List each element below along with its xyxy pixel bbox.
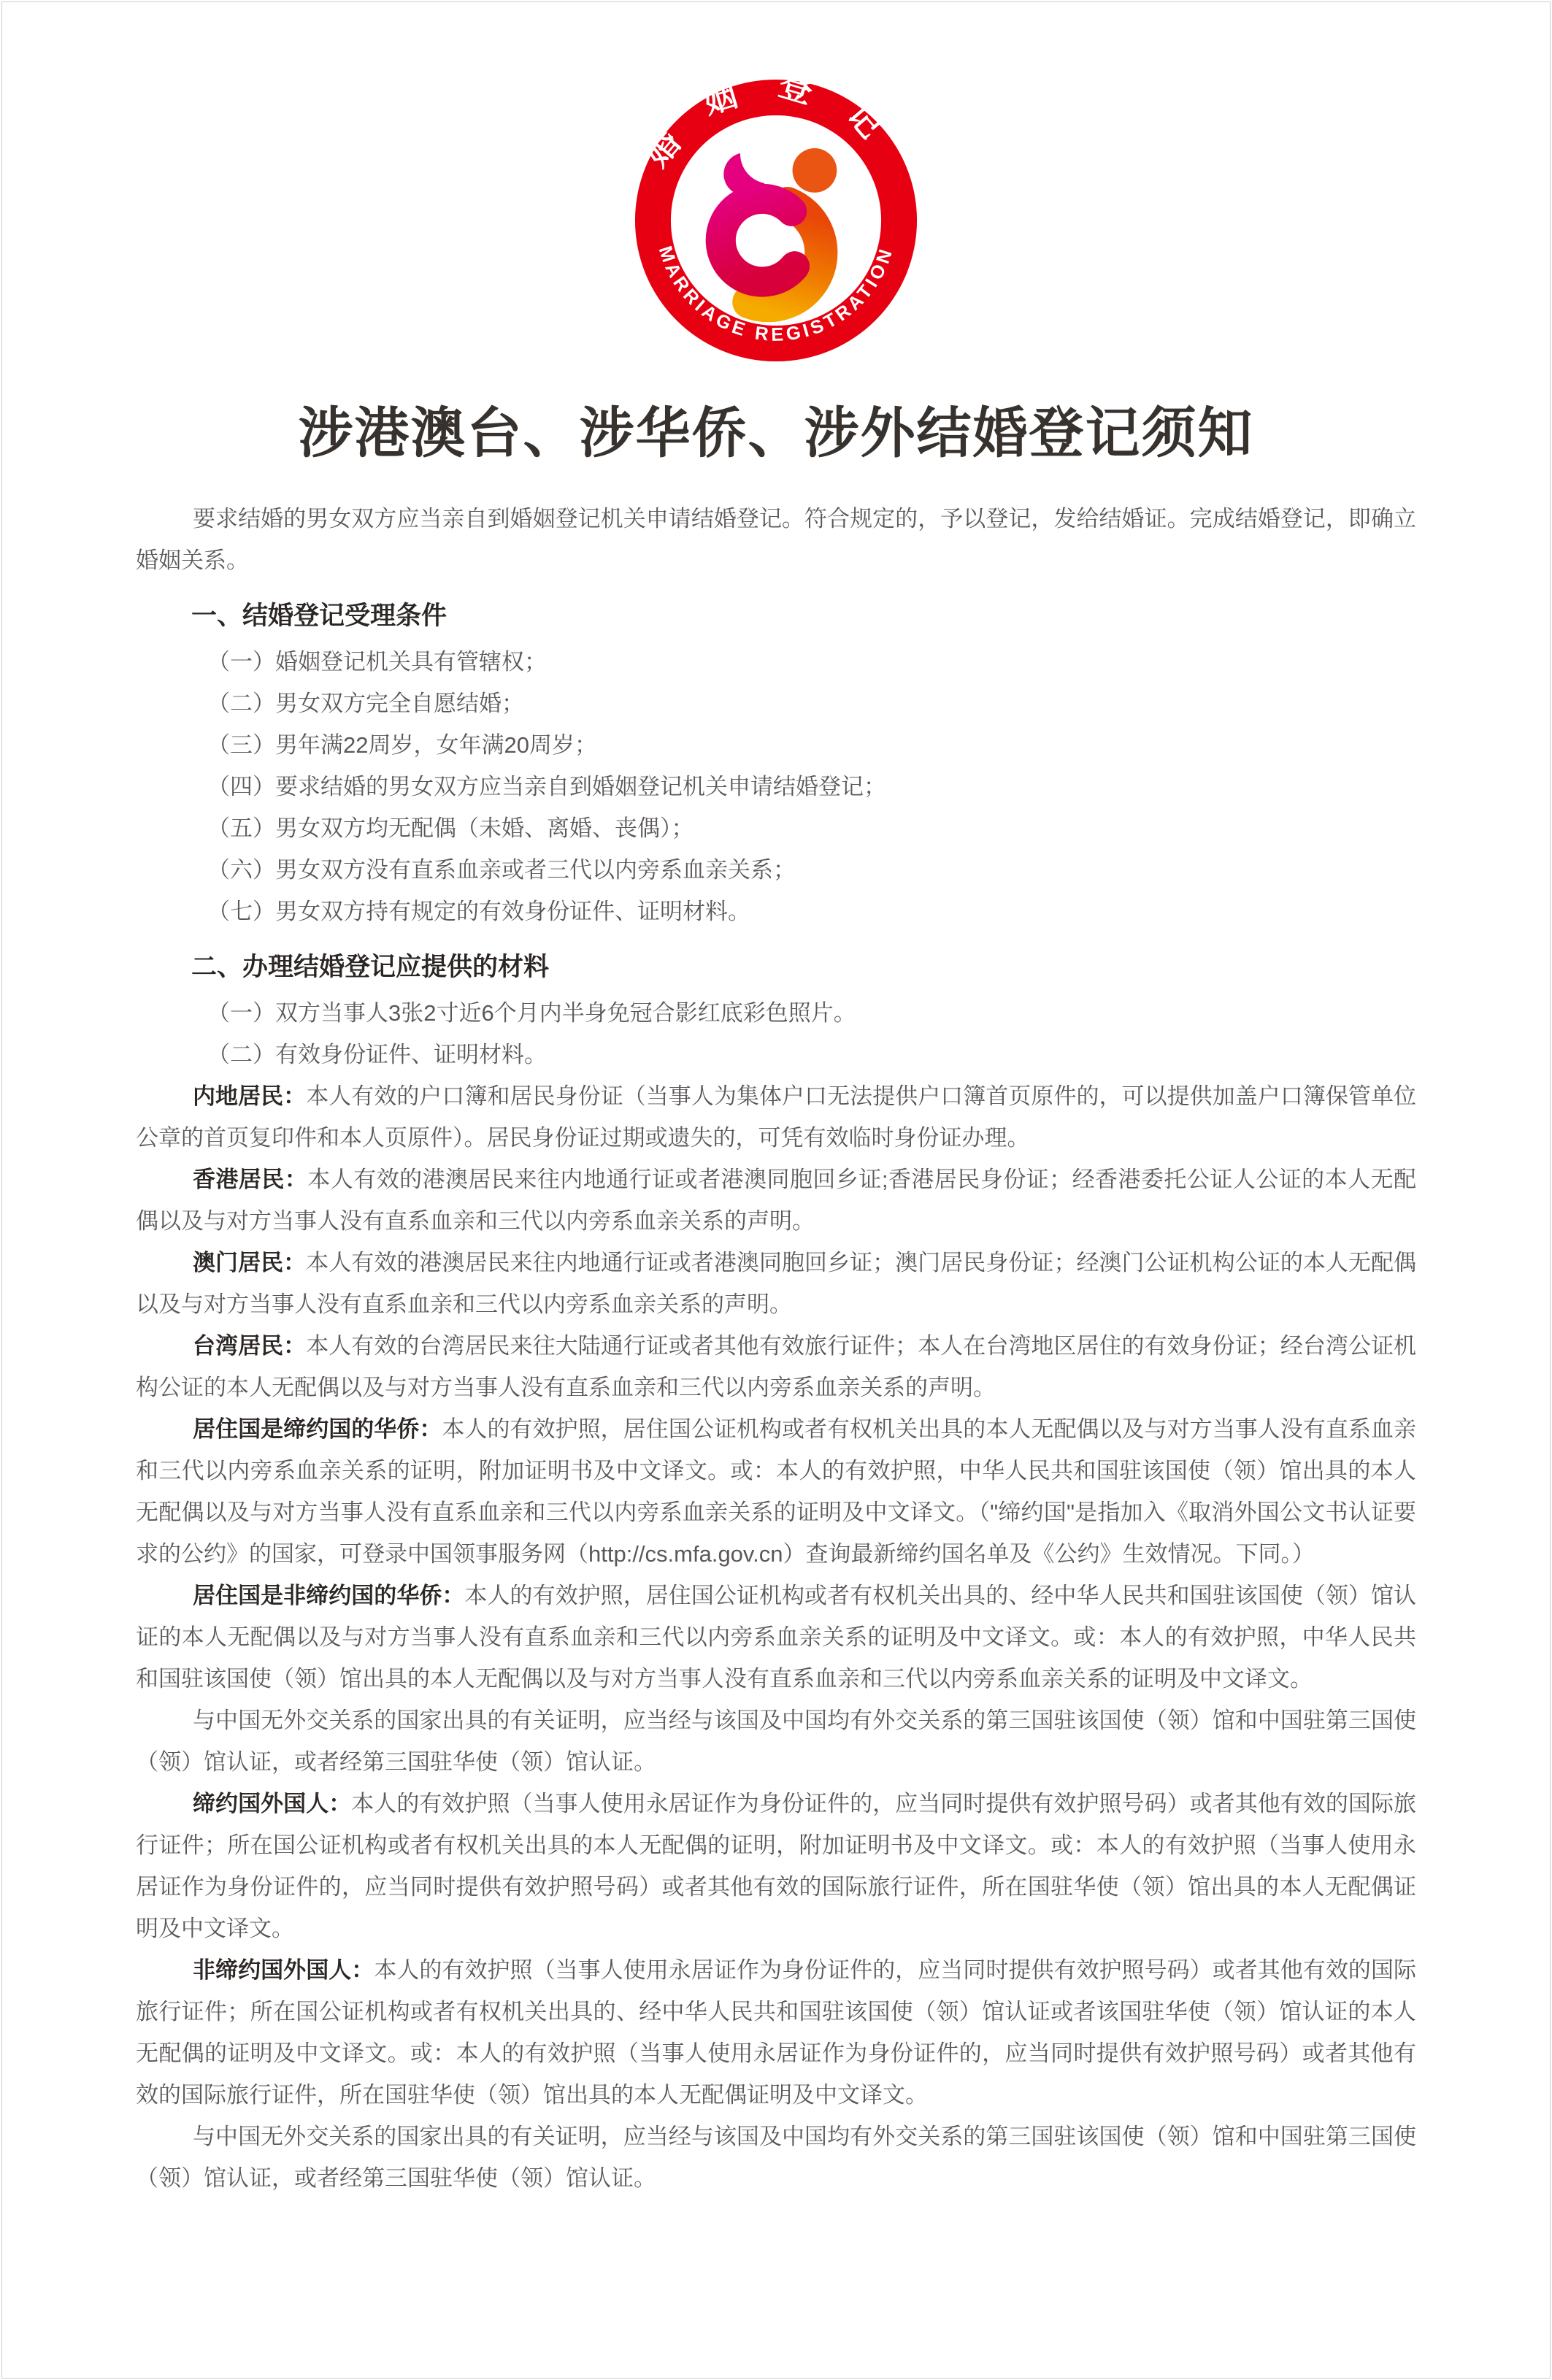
paragraph-text: 与中国无外交关系的国家出具的有关证明，应当经与该国及中国均有外交关系的第三国驻该… [136,2124,1416,2191]
list-item: （二）男女双方完全自愿结婚； [207,683,1416,724]
paragraph-text: 本人有效的港澳居民来往内地通行证或者港澳同胞回乡证;香港居民身份证；经香港委托公… [136,1167,1416,1234]
marriage-registration-logo: 婚姻登记 MARRIAGE REGISTRATION [633,77,919,364]
section-2-heading: 二、办理结婚登记应提供的材料 [136,945,1416,989]
page-title: 涉港澳台、涉华侨、涉外结婚登记须知 [0,393,1552,473]
paragraph-label: 内地居民： [193,1083,306,1109]
paragraph-no-diplomatic-relations-1: 与中国无外交关系的国家出具的有关证明，应当经与该国及中国均有外交关系的第三国驻该… [136,1700,1416,1783]
paragraph-foreigners-noncontracting: 非缔约国外国人：本人的有效护照（当事人使用永居证作为身份证件的，应当同时提供有效… [136,1949,1416,2116]
marriage-registration-emblem-icon: 婚姻登记 MARRIAGE REGISTRATION [633,77,919,364]
intro-paragraph: 要求结婚的男女双方应当亲自到婚姻登记机关申请结婚登记。符合规定的，予以登记，发给… [136,498,1416,581]
paragraph-text: 本人有效的港澳居民来往内地通行证或者港澳同胞回乡证；澳门居民身份证；经澳门公证机… [136,1250,1416,1317]
paragraph-label: 澳门居民： [193,1250,306,1275]
list-item: （二）有效身份证件、证明材料。 [207,1034,1416,1075]
paragraph-overseas-chinese-noncontracting: 居住国是非缔约国的华侨：本人的有效护照，居住国公证机构或者有权机关出具的、经中华… [136,1575,1416,1700]
list-item: （一）婚姻登记机关具有管辖权； [207,641,1416,683]
paragraph-overseas-chinese-contracting: 居住国是缔约国的华侨：本人的有效护照，居住国公证机构或者有权机关出具的本人无配偶… [136,1408,1416,1575]
paragraph-text: 本人有效的户口簿和居民身份证（当事人为集体户口无法提供户口簿首页原件的，可以提供… [136,1083,1416,1151]
paragraph-mainland-residents: 内地居民：本人有效的户口簿和居民身份证（当事人为集体户口无法提供户口簿首页原件的… [136,1075,1416,1159]
section-1-items: （一）婚姻登记机关具有管辖权； （二）男女双方完全自愿结婚； （三）男年满22周… [136,641,1416,932]
paragraph-taiwan-residents: 台湾居民：本人有效的台湾居民来往大陆通行证或者其他有效旅行证件；本人在台湾地区居… [136,1325,1416,1408]
list-item: （一）双方当事人3张2寸近6个月内半身免冠合影红底彩色照片。 [207,992,1416,1034]
list-item: （三）男年满22周岁，女年满20周岁； [207,724,1416,766]
list-item: （六）男女双方没有直系血亲或者三代以内旁系血亲关系； [207,849,1416,891]
paragraph-macao-residents: 澳门居民：本人有效的港澳居民来往内地通行证或者港澳同胞回乡证；澳门居民身份证；经… [136,1242,1416,1325]
paragraph-label: 台湾居民： [193,1333,306,1359]
paragraph-label: 非缔约国外国人： [193,1957,374,1983]
paragraph-text: 本人有效的台湾居民来往大陆通行证或者其他有效旅行证件；本人在台湾地区居住的有效身… [136,1333,1416,1400]
section-1-heading: 一、结婚登记受理条件 [136,594,1416,638]
paragraph-label: 居住国是缔约国的华侨： [193,1416,442,1442]
paragraph-text: 与中国无外交关系的国家出具的有关证明，应当经与该国及中国均有外交关系的第三国驻该… [136,1708,1416,1775]
paragraph-no-diplomatic-relations-2: 与中国无外交关系的国家出具的有关证明，应当经与该国及中国均有外交关系的第三国驻该… [136,2116,1416,2199]
paragraph-label: 香港居民： [193,1167,307,1192]
paragraph-foreigners-contracting: 缔约国外国人：本人的有效护照（当事人使用永居证作为身份证件的，应当同时提供有效护… [136,1783,1416,1949]
paragraph-label: 缔约国外国人： [193,1791,351,1816]
list-item: （五）男女双方均无配偶（未婚、离婚、丧偶）； [207,807,1416,849]
section-2-items: （一）双方当事人3张2寸近6个月内半身免冠合影红底彩色照片。 （二）有效身份证件… [136,992,1416,1075]
document-body: 要求结婚的男女双方应当亲自到婚姻登记机关申请结婚登记。符合规定的，予以登记，发给… [136,498,1416,2199]
paragraph-hongkong-residents: 香港居民：本人有效的港澳居民来往内地通行证或者港澳同胞回乡证;香港居民身份证；经… [136,1159,1416,1242]
list-item: （四）要求结婚的男女双方应当亲自到婚姻登记机关申请结婚登记； [207,766,1416,807]
paragraph-label: 居住国是非缔约国的华侨： [193,1583,464,1608]
list-item: （七）男女双方持有规定的有效身份证件、证明材料。 [207,891,1416,932]
